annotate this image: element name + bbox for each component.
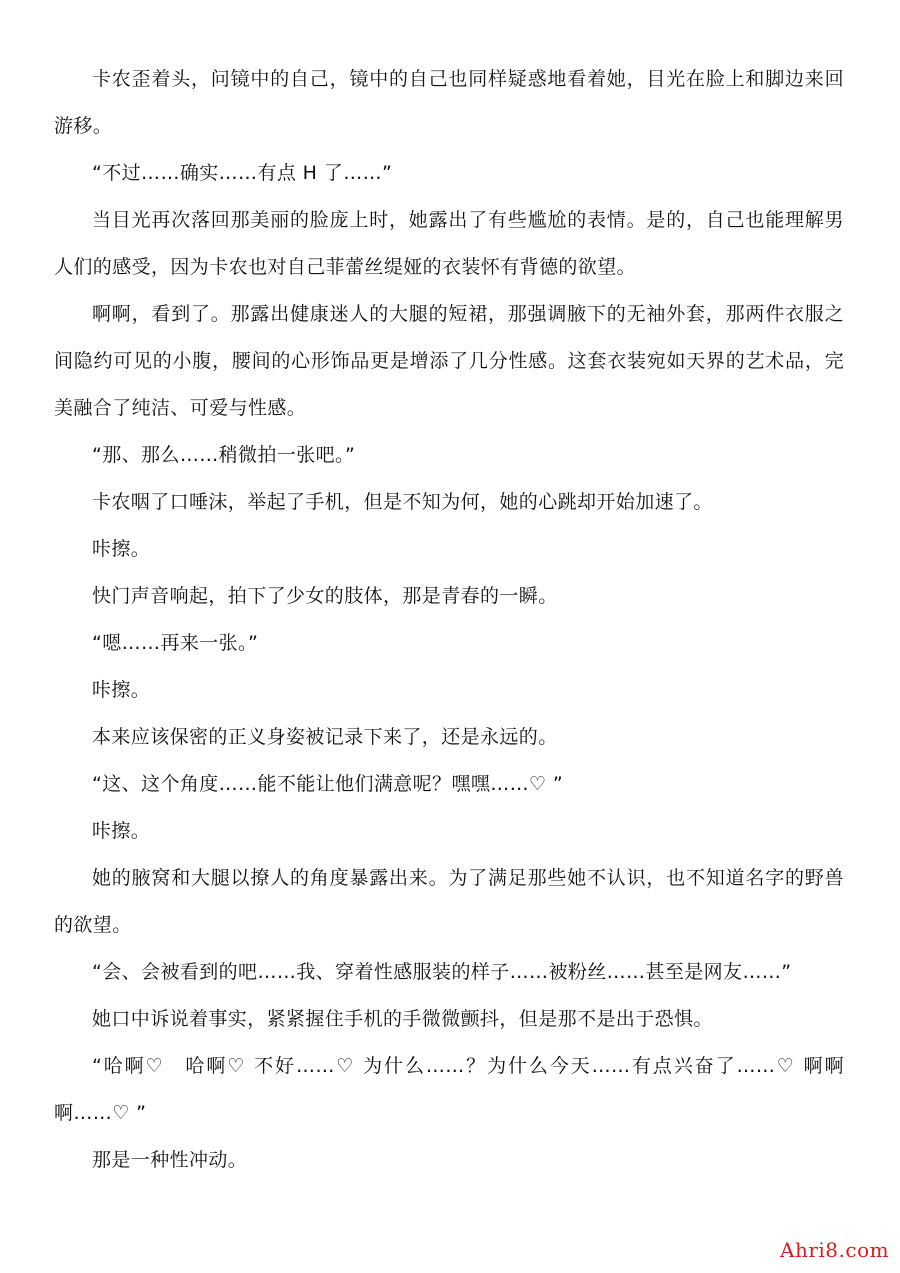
paragraph-6: 卡农咽了口唾沫，举起了手机，但是不知为何，她的心跳却开始加速了。 [54,479,844,526]
paragraph-14: 她的腋窝和大腿以撩人的角度暴露出来。为了满足那些她不认识，也不知道名字的野兽的欲… [54,855,844,949]
paragraph-12: “这、这个角度……能不能让他们满意呢？嘿嘿……♡ ” [54,761,844,808]
paragraph-2: “不过……确实……有点 H 了……” [54,150,844,197]
paragraph-17: “哈啊♡ 哈啊♡ 不好……♡ 为什么……？为什么今天……有点兴奋了……♡ 啊啊啊… [54,1043,844,1137]
paragraph-3: 当目光再次落回那美丽的脸庞上时，她露出了有些尴尬的表情。是的，自己也能理解男人们… [54,197,844,291]
paragraph-15: “会、会被看到的吧……我、穿着性感服装的样子……被粉丝……甚至是网友……” [54,949,844,996]
paragraph-1: 卡农歪着头，问镜中的自己，镜中的自己也同样疑惑地看着她，目光在脸上和脚边来回游移… [54,56,844,150]
paragraph-10: 咔擦。 [54,667,844,714]
paragraph-16: 她口中诉说着事实，紧紧握住手机的手微微颤抖，但是那不是出于恐惧。 [54,996,844,1043]
document-page: 卡农歪着头，问镜中的自己，镜中的自己也同样疑惑地看着她，目光在脸上和脚边来回游移… [0,0,900,1273]
paragraph-11: 本来应该保密的正义身姿被记录下来了，还是永远的。 [54,714,844,761]
paragraph-9: “嗯……再来一张。” [54,620,844,667]
paragraph-5: “那、那么……稍微拍一张吧。” [54,432,844,479]
paragraph-18: 那是一种性冲动。 [54,1137,844,1184]
paragraph-8: 快门声音响起，拍下了少女的肢体，那是青春的一瞬。 [54,573,844,620]
paragraph-7: 咔擦。 [54,526,844,573]
paragraph-4: 啊啊，看到了。那露出健康迷人的大腿的短裙，那强调腋下的无袖外套，那两件衣服之间隐… [54,291,844,432]
watermark: Ahri8.com [780,1238,889,1262]
paragraph-13: 咔擦。 [54,808,844,855]
